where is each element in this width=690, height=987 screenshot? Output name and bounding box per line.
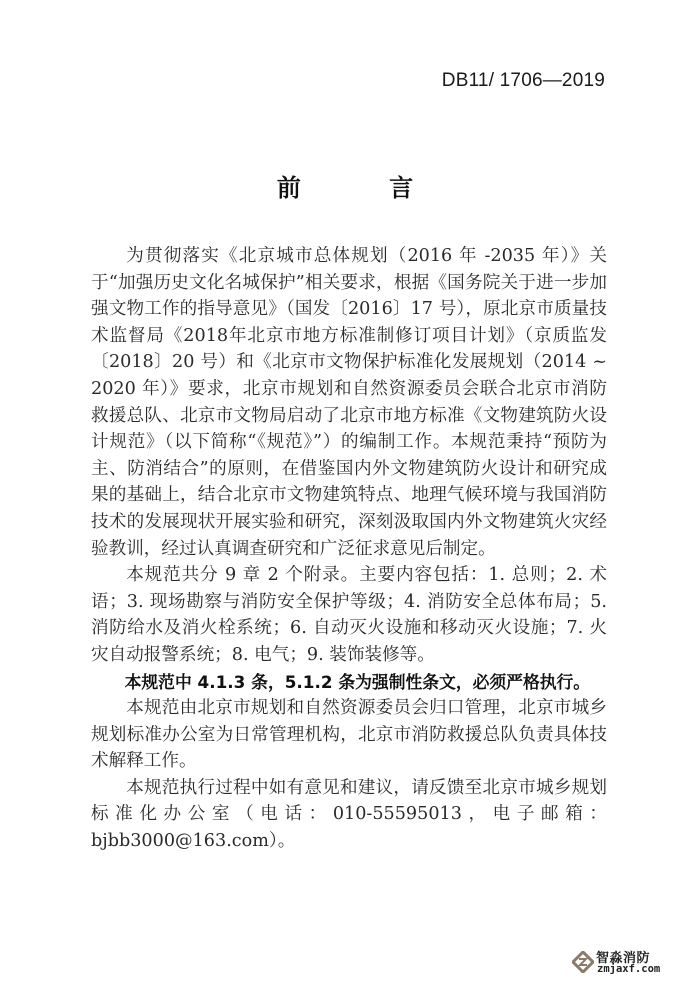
paragraph-feedback: 本规范执行过程中如有意见和建议，请反馈至北京市城乡规划标准化办公室（电话：010… xyxy=(91,775,607,855)
standard-code: DB11/ 1706—2019 xyxy=(442,70,605,92)
preface-body: 为贯彻落实《北京城市总体规划（2016 年 -2035 年）》关于“加强历史文化… xyxy=(91,243,607,855)
watermark-url: zmjaxf.com xyxy=(597,963,660,975)
paragraph-contents: 本规范共分 9 章 2 个附录。主要内容包括：1. 总则；2. 术语；3. 现场… xyxy=(91,562,607,668)
paragraph-administration: 本规范由北京市规划和自然资源委员会归口管理，北京市城乡规划标准办公室为日常管理机… xyxy=(91,695,607,775)
watermark: 智淼消防 zmjaxf.com xyxy=(572,947,684,977)
paragraph-mandatory-clauses: 本规范中 4.1.3 条，5.1.2 条为强制性条文，必须严格执行。 xyxy=(91,669,607,696)
zm-diamond-logo-icon xyxy=(572,951,594,973)
page-title: 前 言 xyxy=(0,168,690,203)
paragraph-background: 为贯彻落实《北京城市总体规划（2016 年 -2035 年）》关于“加强历史文化… xyxy=(91,243,607,562)
